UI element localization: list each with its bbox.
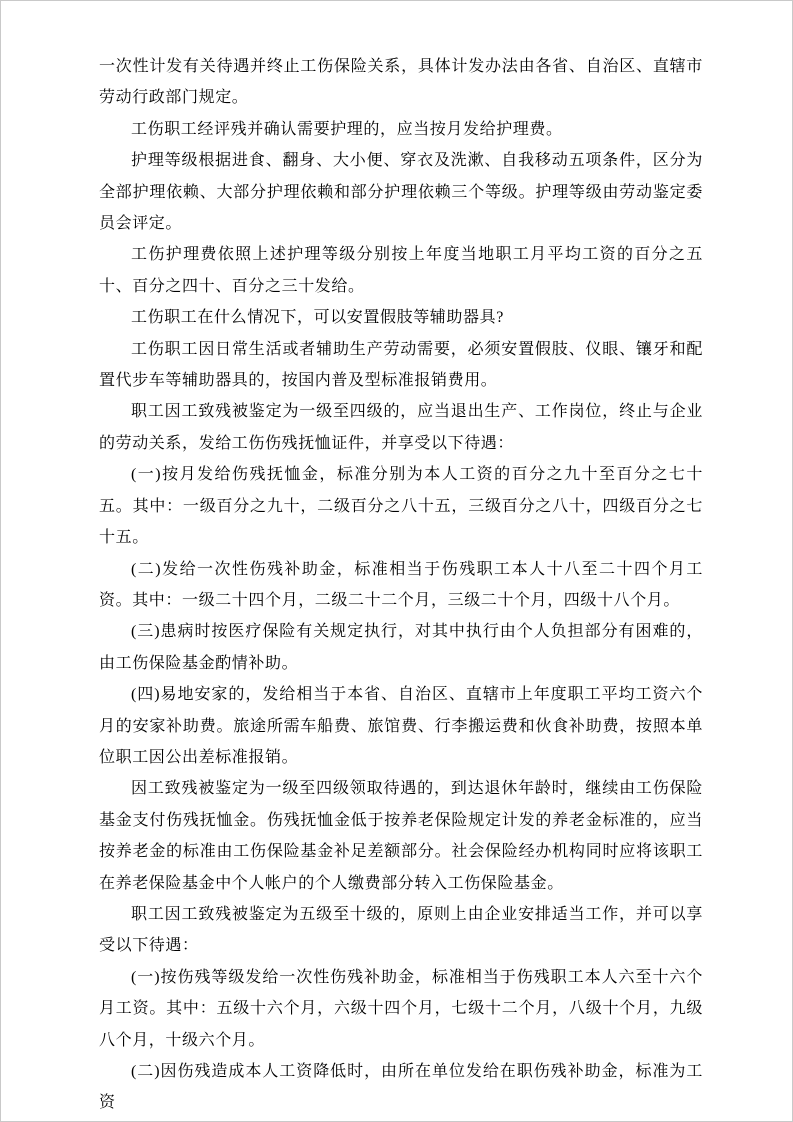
paragraph: 工伤护理费依照上述护理等级分别按上年度当地职工月平均工资的百分之五十、百分之四十…: [99, 239, 703, 302]
paragraph: (四)易地安家的，发给相当于本省、自治区、直辖市上年度职工平均工资六个月的安家补…: [99, 679, 703, 773]
paragraph: (二)发给一次性伤残补助金，标准相当于伤残职工本人十八至二十四个月工资。其中：一…: [99, 554, 703, 617]
paragraph: 工伤职工经评残并确认需要护理的，应当按月发给护理费。: [99, 114, 703, 145]
paragraph: 工伤职工因日常生活或者辅助生产劳动需要，必须安置假肢、仪眼、镶牙和配置代步车等辅…: [99, 334, 703, 397]
paragraph: 因工致残被鉴定为一级至四级领取待遇的，到达退休年龄时，继续由工伤保险基金支付伤残…: [99, 773, 703, 899]
paragraph: 职工因工致残被鉴定为五级至十级的，原则上由企业安排适当工作，并可以享受以下待遇：: [99, 899, 703, 962]
paragraph: 职工因工致残被鉴定为一级至四级的，应当退出生产、工作岗位，终止与企业的劳动关系，…: [99, 396, 703, 459]
paragraph: 护理等级根据进食、翻身、大小便、穿衣及洗漱、自我移动五项条件，区分为全部护理依赖…: [99, 145, 703, 239]
paragraph: 一次性计发有关待遇并终止工伤保险关系，具体计发办法由各省、自治区、直辖市劳动行政…: [99, 51, 703, 114]
paragraph: (三)患病时按医疗保险有关规定执行，对其中执行由个人负担部分有困难的，由工伤保险…: [99, 616, 703, 679]
paragraph: 工伤职工在什么情况下，可以安置假肢等辅助器具?: [99, 302, 703, 333]
paragraph: (一)按月发给伤残抚恤金，标准分别为本人工资的百分之九十至百分之七十五。其中：一…: [99, 459, 703, 553]
paragraph: (二)因伤残造成本人工资降低时，由所在单位发给在职伤残补助金，标准为工资: [99, 1056, 703, 1119]
document-body: 一次性计发有关待遇并终止工伤保险关系，具体计发办法由各省、自治区、直辖市劳动行政…: [99, 51, 703, 1119]
paragraph: (一)按伤残等级发给一次性伤残补助金，标准相当于伤残职工本人六至十六个月工资。其…: [99, 962, 703, 1056]
document-page: 一次性计发有关待遇并终止工伤保险关系，具体计发办法由各省、自治区、直辖市劳动行政…: [0, 0, 793, 1122]
